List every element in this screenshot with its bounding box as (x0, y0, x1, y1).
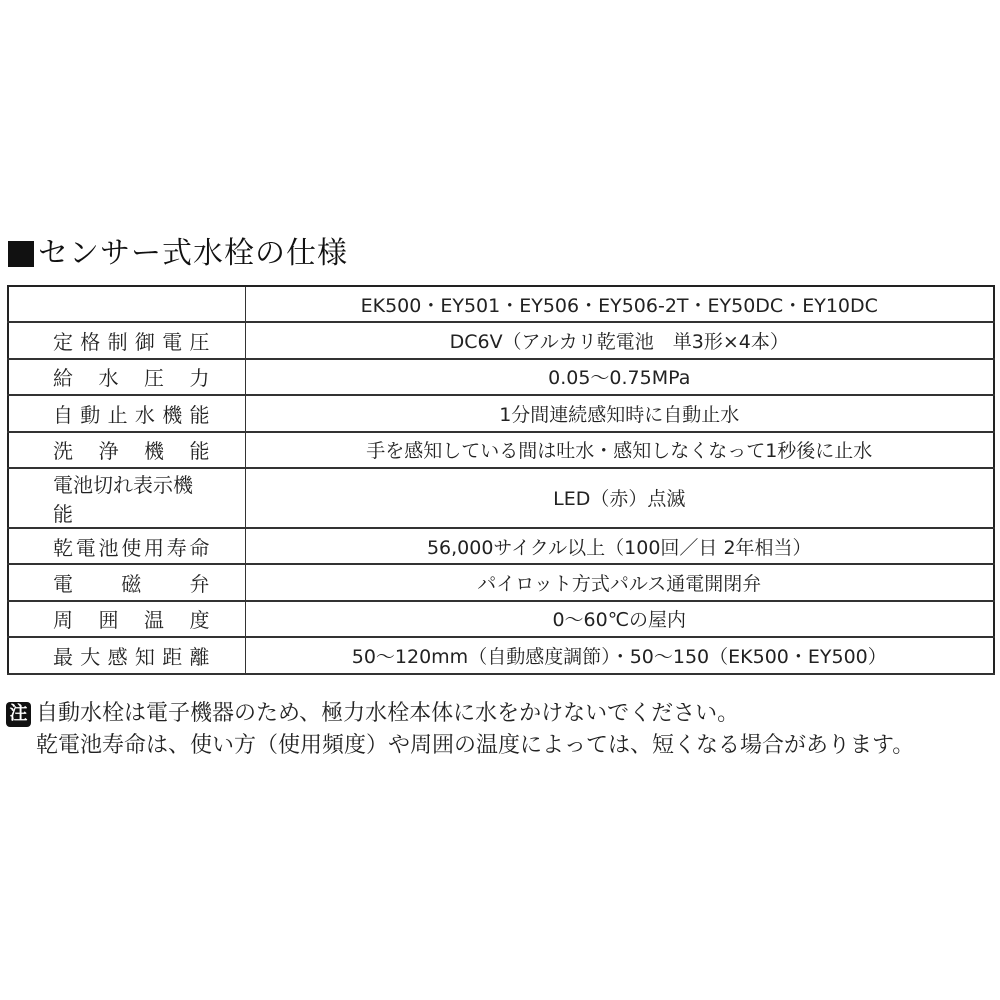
spec-label-char: 池 (99, 532, 119, 561)
section-title: センサー式水栓の仕様 (8, 234, 348, 274)
spec-label-char: 能 (189, 399, 209, 428)
table-row: 周囲温度0〜60℃の屋内 (8, 601, 994, 637)
spec-label-char: 知 (135, 641, 155, 670)
note-badge-icon: 注 (6, 702, 31, 727)
spec-label-char: 最 (53, 641, 73, 670)
table-row: 定格制御電圧DC6V（アルカリ乾電池 単3形×4本） (8, 322, 994, 358)
table-header-row: EK500・EY501・EY506・EY506-2T・EY50DC・EY10DC (8, 286, 994, 322)
spec-table: EK500・EY501・EY506・EY506-2T・EY50DC・EY10DC… (7, 285, 995, 675)
spec-label-char: 大 (80, 641, 100, 670)
spec-label-char: 囲 (99, 604, 119, 633)
spec-label-char: 制 (108, 326, 128, 355)
spec-label-char: 弁 (190, 568, 210, 597)
spec-label: 自動止水機能 (9, 399, 245, 428)
spec-label-char: 格 (80, 326, 100, 355)
spec-label-char: 距 (162, 641, 182, 670)
spec-label-char: 御 (135, 326, 155, 355)
spec-label-char: 離 (189, 641, 209, 670)
spec-label-char: 温 (144, 604, 164, 633)
note-line-1: 自動水栓は電子機器のため、極力水栓本体に水をかけないでください。 (36, 698, 739, 730)
section-title-text: センサー式水栓の仕様 (38, 234, 348, 274)
spec-value-cell: 1分間連続感知時に自動止水 (245, 395, 994, 431)
spec-label-char: 使 (121, 532, 141, 561)
spec-value-cell: 56,000サイクル以上（100回／日 2年相当） (245, 528, 994, 564)
spec-label-char: 力 (190, 362, 210, 391)
square-bullet-icon (8, 241, 34, 267)
spec-label-char: 動 (80, 399, 100, 428)
spec-label-char: 寿 (167, 532, 187, 561)
spec-label-char: 圧 (189, 326, 209, 355)
spec-value-cell: LED（赤）点滅 (245, 468, 994, 528)
spec-label-char: 乾 (53, 532, 73, 561)
spec-label: 周囲温度 (9, 604, 245, 633)
spec-value-cell: 0〜60℃の屋内 (245, 601, 994, 637)
spec-label-cell: 洗浄機能 (8, 432, 245, 468)
spec-label: 電磁弁 (9, 568, 245, 597)
spec-label-char: 電 (76, 532, 96, 561)
spec-value-cell: 50〜120mm（自動感度調節）・50〜150（EK500・EY500） (245, 637, 994, 673)
table-row: 電池切れ表示機能LED（赤）点滅 (8, 468, 994, 528)
spec-label: 乾電池使用寿命 (9, 532, 245, 561)
spec-value-cell: パイロット方式パルス通電開閉弁 (245, 564, 994, 600)
header-label-cell (8, 286, 245, 322)
spec-label: 最大感知距離 (9, 641, 245, 670)
table-row: 洗浄機能手を感知している間は吐水・感知しなくなって1秒後に止水 (8, 432, 994, 468)
spec-label-cell: 自動止水機能 (8, 395, 245, 431)
spec-label: 洗浄機能 (9, 435, 245, 464)
spec-label-char: 水 (135, 399, 155, 428)
spec-label-char: 給 (53, 362, 73, 391)
spec-label: 給水圧力 (9, 362, 245, 391)
spec-label-char: 電池切れ表示機能 (53, 469, 210, 527)
spec-label-char: 定 (53, 326, 73, 355)
model-list-cell: EK500・EY501・EY506・EY506-2T・EY50DC・EY10DC (245, 286, 994, 322)
spec-label-char: 能 (190, 435, 210, 464)
spec-label-char: 自 (53, 399, 73, 428)
note-line-2: 乾電池寿命は、使い方（使用頻度）や周囲の温度によっては、短くなる場合があります。 (36, 730, 914, 762)
spec-label-char: 度 (190, 604, 210, 633)
spec-label-char: 機 (144, 435, 164, 464)
spec-label-char: 磁 (121, 568, 141, 597)
spec-value-cell: 手を感知している間は吐水・感知しなくなって1秒後に止水 (245, 432, 994, 468)
spec-label-char: 用 (144, 532, 164, 561)
spec-label-cell: 最大感知距離 (8, 637, 245, 673)
note-section: 注 自動水栓は電子機器のため、極力水栓本体に水をかけないでください。 乾電池寿命… (6, 698, 914, 762)
spec-label-char: 圧 (144, 362, 164, 391)
spec-label-cell: 電池切れ表示機能 (8, 468, 245, 528)
spec-label-cell: 周囲温度 (8, 601, 245, 637)
spec-value-cell: 0.05〜0.75MPa (245, 359, 994, 395)
spec-label-char: 命 (190, 532, 210, 561)
spec-label-char: 電 (162, 326, 182, 355)
spec-label-cell: 定格制御電圧 (8, 322, 245, 358)
table-row: 自動止水機能1分間連続感知時に自動止水 (8, 395, 994, 431)
spec-label: 電池切れ表示機能 (9, 469, 245, 527)
spec-label-char: 浄 (99, 435, 119, 464)
spec-label-cell: 電磁弁 (8, 564, 245, 600)
table-row: 最大感知距離50〜120mm（自動感度調節）・50〜150（EK500・EY50… (8, 637, 994, 673)
spec-label-char: 水 (99, 362, 119, 391)
spec-label-cell: 給水圧力 (8, 359, 245, 395)
table-row: 電磁弁パイロット方式パルス通電開閉弁 (8, 564, 994, 600)
spec-label-cell: 乾電池使用寿命 (8, 528, 245, 564)
table-row: 乾電池使用寿命56,000サイクル以上（100回／日 2年相当） (8, 528, 994, 564)
spec-label-char: 洗 (53, 435, 73, 464)
spec-label-char: 止 (108, 399, 128, 428)
spec-label-char: 周 (53, 604, 73, 633)
spec-label-char: 機 (162, 399, 182, 428)
spec-value-cell: DC6V（アルカリ乾電池 単3形×4本） (245, 322, 994, 358)
table-row: 給水圧力0.05〜0.75MPa (8, 359, 994, 395)
spec-label-char: 電 (53, 568, 73, 597)
spec-label-char: 感 (108, 641, 128, 670)
spec-label: 定格制御電圧 (9, 326, 245, 355)
